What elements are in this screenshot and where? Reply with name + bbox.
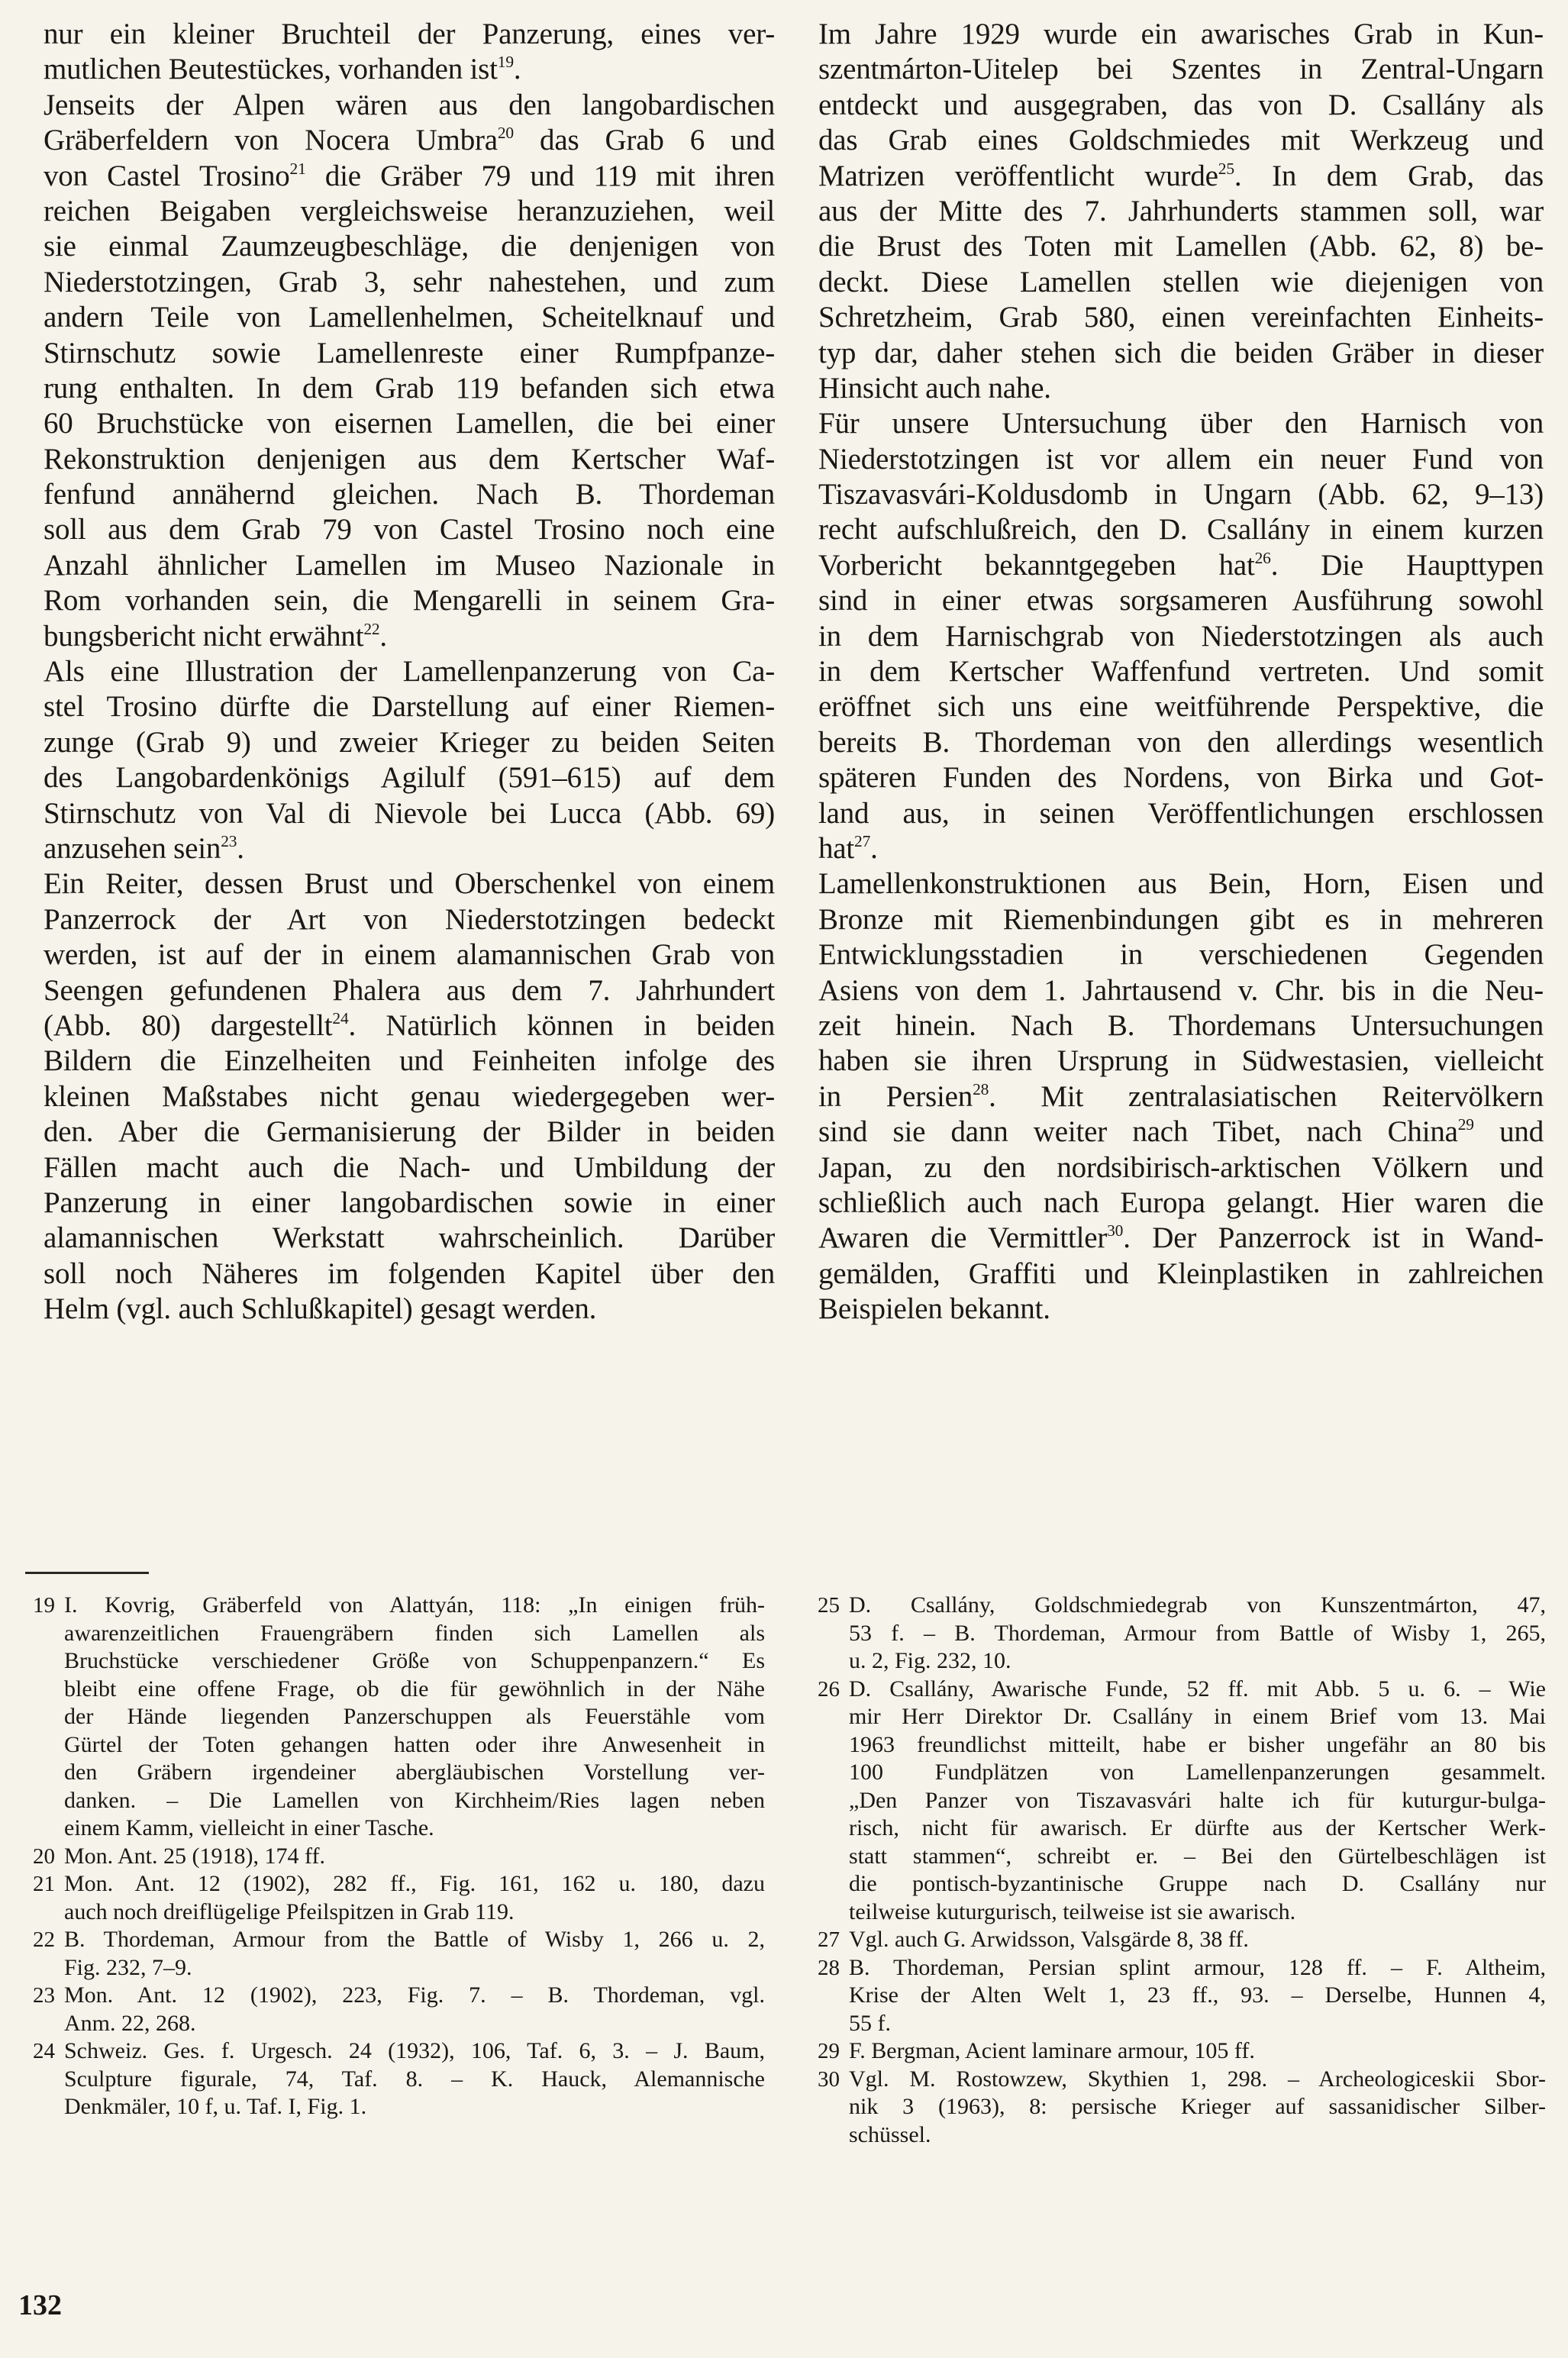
text-line: sind in einer etwas sorgsameren Ausführu… — [818, 583, 1544, 618]
text-line: recht aufschlußreich, den D. Csallány in… — [818, 512, 1544, 547]
footnote-line: awarenzeitlichen Frauengräbern finden si… — [64, 1620, 765, 1648]
footnote-line: I. Kovrig, Gräberfeld von Alattyán, 118:… — [64, 1592, 765, 1620]
text-line: zunge (Grab 9) und zweier Krieger zu bei… — [44, 725, 775, 760]
footnote-reference[interactable]: 21 — [290, 160, 306, 178]
footnote-number: 27 — [794, 1926, 840, 1954]
footnote: 23Mon. Ant. 12 (1902), 223, Fig. 7. – B.… — [9, 1982, 765, 2037]
footnote-line: 1963 freundlichst mitteilt, habe er bish… — [849, 1731, 1546, 1760]
footnote-number: 29 — [794, 2037, 840, 2066]
text-line: nur ein kleiner Bruchteil der Panzerung,… — [44, 17, 775, 52]
text-line: Für unsere Untersuchung über den Harnisc… — [818, 406, 1544, 441]
footnote-line: 100 Fundplätzen von Lamellenpanzerungen … — [849, 1759, 1546, 1787]
text-line: Panzerung in einer langobardischen sowie… — [44, 1185, 775, 1221]
footnote-line: Mon. Ant. 25 (1918), 174 ff. — [64, 1843, 765, 1871]
text-line: mutlichen Beutestückes, vorhanden ist19. — [44, 52, 775, 87]
footnote-line: Vgl. M. Rostowzew, Skythien 1, 298. – Ar… — [849, 2066, 1546, 2094]
footnote: 27Vgl. auch G. Arwidsson, Valsgärde 8, 3… — [794, 1926, 1546, 1954]
footnote-line: Sculpture figurale, 74, Taf. 8. – K. Hau… — [64, 2066, 765, 2094]
text-line: den. Aber die Germanisierung der Bilder … — [44, 1114, 775, 1150]
footnote-line: danken. – Die Lamellen von Kirchheim/Rie… — [64, 1787, 765, 1815]
footnote: 26D. Csallány, Awarische Funde, 52 ff. m… — [794, 1676, 1546, 1927]
footnote-reference[interactable]: 20 — [498, 124, 514, 142]
text-line: werden, ist auf der in einem alamannisch… — [44, 937, 775, 973]
text-line: Tiszavasvári-Koldusdomb in Ungarn (Abb. … — [818, 477, 1544, 512]
footnote: 19I. Kovrig, Gräberfeld von Alattyán, 11… — [9, 1592, 765, 1843]
text-line: Hinsicht auch nahe. — [818, 371, 1544, 406]
text-line: 60 Bruchstücke von eisernen Lamellen, di… — [44, 406, 775, 441]
footnote-reference[interactable]: 27 — [854, 832, 870, 850]
text-line: Helm (vgl. auch Schlußkapitel) gesagt we… — [44, 1292, 775, 1327]
footnote-reference[interactable]: 28 — [973, 1080, 989, 1098]
text-line: Asiens von dem 1. Jahrtausend v. Chr. bi… — [818, 973, 1544, 1008]
footnote-line: Fig. 232, 7–9. — [64, 1954, 765, 1982]
body-column-left: nur ein kleiner Bruchteil der Panzerung,… — [44, 17, 775, 1327]
footnote-line: 53 f. – B. Thordeman, Armour from Battle… — [849, 1620, 1546, 1648]
footnote-number: 21 — [9, 1870, 55, 1898]
text-line: anzusehen sein23. — [44, 831, 775, 866]
footnote-line: 55 f. — [849, 2010, 1546, 2038]
text-line: stel Trosino dürfte die Darstellung auf … — [44, 689, 775, 724]
text-line: gemälden, Graffiti und Kleinplastiken in… — [818, 1256, 1544, 1292]
footnote-line: D. Csallány, Awarische Funde, 52 ff. mit… — [849, 1676, 1546, 1704]
footnote-line: einem Kamm, vielleicht in einer Tasche. — [64, 1814, 765, 1843]
footnote: 29F. Bergman, Acient laminare armour, 10… — [794, 2037, 1546, 2066]
footnote: 25D. Csallány, Goldschmiedegrab von Kuns… — [794, 1592, 1546, 1676]
footnote-line: bleibt eine offene Frage, ob die für gew… — [64, 1676, 765, 1704]
text-line: in dem Harnischgrab von Niederstotzingen… — [818, 619, 1544, 654]
text-line: deckt. Diese Lamellen stellen wie diejen… — [818, 265, 1544, 300]
text-line: die Brust des Toten mit Lamellen (Abb. 6… — [818, 229, 1544, 264]
text-line: schließlich auch nach Europa gelangt. Hi… — [818, 1185, 1544, 1221]
footnote-reference[interactable]: 23 — [221, 832, 237, 850]
text-line: entdeckt und ausgegraben, das von D. Csa… — [818, 88, 1544, 123]
text-line: bereits B. Thordeman von den allerdings … — [818, 725, 1544, 760]
footnote-reference[interactable]: 26 — [1255, 549, 1271, 567]
text-line: sind sie dann weiter nach Tibet, nach Ch… — [818, 1114, 1544, 1150]
footnote-line: der Hände liegenden Panzerschuppen als F… — [64, 1703, 765, 1731]
footnote-line: Mon. Ant. 12 (1902), 282 ff., Fig. 161, … — [64, 1870, 765, 1898]
footnote: 20Mon. Ant. 25 (1918), 174 ff. — [9, 1843, 765, 1871]
footnote-line: B. Thordeman, Armour from the Battle of … — [64, 1926, 765, 1954]
footnote-line: teilweise kuturgurisch, teilweise ist si… — [849, 1898, 1546, 1927]
footnote: 21Mon. Ant. 12 (1902), 282 ff., Fig. 161… — [9, 1870, 765, 1926]
text-line: Panzerrock der Art von Niederstotzingen … — [44, 902, 775, 937]
text-line: Bronze mit Riemenbindungen gibt es in me… — [818, 902, 1544, 937]
text-line: reichen Beigaben vergleichsweise heranzu… — [44, 194, 775, 229]
footnote-line: mir Herr Direktor Dr. Csallány in einem … — [849, 1703, 1546, 1731]
text-line: Lamellenkonstruktionen aus Bein, Horn, E… — [818, 866, 1544, 902]
footnote-number: 26 — [794, 1676, 840, 1704]
footnote-reference[interactable]: 25 — [1218, 160, 1234, 178]
text-line: in Persien28. Mit zentralasiatischen Rei… — [818, 1079, 1544, 1114]
footnote-number: 25 — [794, 1592, 840, 1620]
text-line: szentmárton-Uitelep bei Szentes in Zentr… — [818, 52, 1544, 87]
text-line: haben sie ihren Ursprung in Südwestasien… — [818, 1044, 1544, 1079]
footnote-number: 30 — [794, 2066, 840, 2094]
text-line: Als eine Illustration der Lamellenpanzer… — [44, 654, 775, 689]
footnote-number: 20 — [9, 1843, 55, 1871]
text-line: bungsbericht nicht erwähnt22. — [44, 619, 775, 654]
footnote-reference[interactable]: 22 — [363, 620, 379, 638]
footnote-reference[interactable]: 24 — [332, 1009, 348, 1027]
footnote-line: F. Bergman, Acient laminare armour, 105 … — [849, 2037, 1546, 2066]
footnote-line: u. 2, Fig. 232, 10. — [849, 1647, 1546, 1676]
text-line: kleinen Maßstabes nicht genau wiedergege… — [44, 1079, 775, 1114]
footnote-line: auch noch dreiflügelige Pfeilspitzen in … — [64, 1898, 765, 1927]
text-line: Im Jahre 1929 wurde ein awarisches Grab … — [818, 17, 1544, 52]
footnote-number: 22 — [9, 1926, 55, 1954]
footnote-number: 28 — [794, 1954, 840, 1982]
text-line: späteren Funden des Nordens, von Birka u… — [818, 760, 1544, 795]
text-line: typ dar, daher stehen sich die beiden Gr… — [818, 336, 1544, 371]
text-line: das Grab eines Goldschmiedes mit Werkzeu… — [818, 123, 1544, 158]
footnote-number: 19 — [9, 1592, 55, 1620]
text-line: eröffnet sich uns eine weitführende Pers… — [818, 689, 1544, 724]
footnote-line: Krise der Alten Welt 1, 23 ff., 93. – De… — [849, 1982, 1546, 2010]
text-line: soll aus dem Grab 79 von Castel Trosino … — [44, 512, 775, 547]
text-line: von Castel Trosino21 die Gräber 79 und 1… — [44, 159, 775, 194]
text-line: zeit hinein. Nach B. Thordemans Untersuc… — [818, 1008, 1544, 1044]
text-line: Stirnschutz von Val di Nievole bei Lucca… — [44, 796, 775, 831]
footnote-line: risch, nicht für awarisch. Er dürfte aus… — [849, 1814, 1546, 1843]
text-line: (Abb. 80) dargestellt24. Natürlich könne… — [44, 1008, 775, 1044]
text-line: Anzahl ähnlicher Lamellen im Museo Nazio… — [44, 548, 775, 583]
footnote-separator-rule — [25, 1572, 149, 1574]
text-line: soll noch Näheres im folgenden Kapitel ü… — [44, 1256, 775, 1292]
text-line: Stirnschutz sowie Lamellenreste einer Ru… — [44, 336, 775, 371]
text-line: Seengen gefundenen Phalera aus dem 7. Ja… — [44, 973, 775, 1008]
footnote-line: Vgl. auch G. Arwidsson, Valsgärde 8, 38 … — [849, 1926, 1546, 1954]
text-line: andern Teile von Lamellenhelmen, Scheite… — [44, 300, 775, 335]
footnote-line: Anm. 22, 268. — [64, 2010, 765, 2038]
footnote: 30Vgl. M. Rostowzew, Skythien 1, 298. – … — [794, 2066, 1546, 2150]
text-line: Niederstotzingen, Grab 3, sehr nahestehe… — [44, 265, 775, 300]
footnote-line: Schweiz. Ges. f. Urgesch. 24 (1932), 106… — [64, 2037, 765, 2066]
text-line: Beispielen bekannt. — [818, 1292, 1544, 1327]
text-line: Rekonstruktion denjenigen aus dem Kertsc… — [44, 442, 775, 477]
text-line: alamannischen Werkstatt wahrscheinlich. … — [44, 1221, 775, 1256]
footnote-line: D. Csallány, Goldschmiedegrab von Kunsze… — [849, 1592, 1546, 1620]
text-line: Bildern die Einzelheiten und Feinheiten … — [44, 1044, 775, 1079]
footnote-reference[interactable]: 19 — [498, 53, 514, 71]
text-line: Fällen macht auch die Nach- und Umbildun… — [44, 1150, 775, 1185]
text-line: Gräberfeldern von Nocera Umbra20 das Gra… — [44, 123, 775, 158]
text-line: Rom vorhanden sein, die Mengarelli in se… — [44, 583, 775, 618]
text-line: Entwicklungsstadien in verschiedenen Geg… — [818, 937, 1544, 973]
text-line: Ein Reiter, dessen Brust und Oberschenke… — [44, 866, 775, 902]
footnote-line: nik 3 (1963), 8: persische Krieger auf s… — [849, 2093, 1546, 2121]
footnote: 24Schweiz. Ges. f. Urgesch. 24 (1932), 1… — [9, 2037, 765, 2121]
footnote-line: Bruchstücke verschiedener Größe von Schu… — [64, 1647, 765, 1676]
page-number: 132 — [18, 2289, 62, 2322]
footnote-number: 24 — [9, 2037, 55, 2066]
footnote-line: statt stammen“, schreibt er. – Bei den G… — [849, 1843, 1546, 1871]
text-line: fenfund annähernd gleichen. Nach B. Thor… — [44, 477, 775, 512]
footnote-line: B. Thordeman, Persian splint armour, 128… — [849, 1954, 1546, 1982]
footnote-number: 23 — [9, 1982, 55, 2010]
text-line: in dem Kertscher Waffenfund vertreten. U… — [818, 654, 1544, 689]
footnote: 28B. Thordeman, Persian splint armour, 1… — [794, 1954, 1546, 2038]
footnotes-left: 19I. Kovrig, Gräberfeld von Alattyán, 11… — [9, 1592, 765, 2121]
text-line: Vorbericht bekanntgegeben hat26. Die Hau… — [818, 548, 1544, 583]
text-line: aus der Mitte des 7. Jahrhunderts stamme… — [818, 194, 1544, 229]
text-line: des Langobardenkönigs Agilulf (591–615) … — [44, 760, 775, 795]
text-line: Japan, zu den nordsibirisch-arktischen V… — [818, 1150, 1544, 1185]
footnote: 22B. Thordeman, Armour from the Battle o… — [9, 1926, 765, 1982]
footnotes-right: 25D. Csallány, Goldschmiedegrab von Kuns… — [794, 1592, 1546, 2149]
text-line: land aus, in seinen Veröffentlichungen e… — [818, 796, 1544, 831]
text-line: Schretzheim, Grab 580, einen vereinfacht… — [818, 300, 1544, 335]
body-column-right: Im Jahre 1929 wurde ein awarisches Grab … — [818, 17, 1544, 1327]
footnote-line: „Den Panzer von Tiszavasvári halte ich f… — [849, 1787, 1546, 1815]
text-line: rung enthalten. In dem Grab 119 befanden… — [44, 371, 775, 406]
text-line: Jenseits der Alpen wären aus den langoba… — [44, 88, 775, 123]
footnote-line: schüssel. — [849, 2121, 1546, 2150]
footnote-line: Gürtel der Toten gehangen hatten oder ih… — [64, 1731, 765, 1760]
text-line: Niederstotzingen ist vor allem ein neuer… — [818, 442, 1544, 477]
footnote-line: den Gräbern irgendeiner abergläubischen … — [64, 1759, 765, 1787]
footnote-reference[interactable]: 30 — [1107, 1221, 1123, 1240]
text-line: Awaren die Vermittler30. Der Panzerrock … — [818, 1221, 1544, 1256]
footnote-line: die pontisch-byzantinische Gruppe nach D… — [849, 1870, 1546, 1898]
footnote-line: Mon. Ant. 12 (1902), 223, Fig. 7. – B. T… — [64, 1982, 765, 2010]
text-line: Matrizen veröffentlicht wurde25. In dem … — [818, 159, 1544, 194]
text-line: hat27. — [818, 831, 1544, 866]
footnote-reference[interactable]: 29 — [1458, 1115, 1474, 1134]
footnote-line: Denkmäler, 10 f, u. Taf. I, Fig. 1. — [64, 2093, 765, 2121]
text-line: sie einmal Zaumzeugbeschläge, die denjen… — [44, 229, 775, 264]
